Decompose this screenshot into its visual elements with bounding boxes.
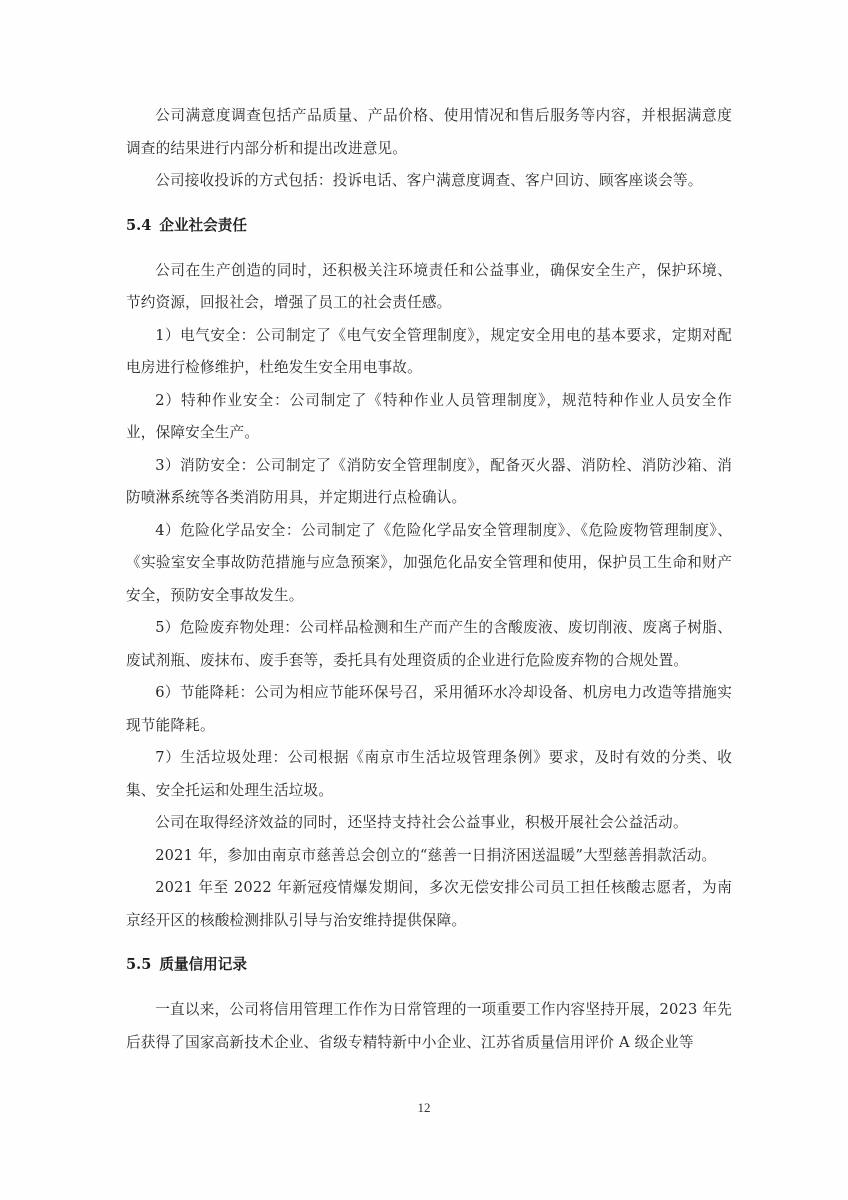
paragraph-energy-saving: 6）节能降耗：公司为相应节能环保号召，采用循环水冷却设备、机房电力改造等措施实现… [126, 677, 732, 742]
paragraph-electrical-safety: 1）电气安全：公司制定了《电气安全管理制度》，规定安全用电的基本要求，定期对配电… [126, 320, 732, 385]
paragraph-covid-volunteers: 2021 年至 2022 年新冠疫情爆发期间，多次无偿安排公司员工担任核酸志愿者… [126, 872, 732, 937]
paragraph-domestic-waste: 7）生活垃圾处理：公司根据《南京市生活垃圾管理条例》要求，及时有效的分类、收集、… [126, 742, 732, 807]
paragraph-csr-intro: 公司在生产创造的同时，还积极关注环境责任和公益事业，确保安全生产，保护环境、节约… [126, 255, 732, 320]
paragraph-charity-2021: 2021 年，参加由南京市慈善总会创立的“慈善一日捐济困送温暖”大型慈善捐款活动… [126, 840, 732, 873]
section-number: 5.5 [126, 956, 151, 973]
section-heading-5-4: 5.4企业社会责任 [126, 210, 732, 242]
page-content: 公司满意度调查包括产品质量、产品价格、使用情况和售后服务等内容，并根据满意度调查… [126, 100, 732, 1059]
paragraph-satisfaction-survey: 公司满意度调查包括产品质量、产品价格、使用情况和售后服务等内容，并根据满意度调查… [126, 100, 732, 165]
paragraph-credit-management: 一直以来，公司将信用管理工作作为日常管理的一项重要工作内容坚持开展，2023 年… [126, 994, 732, 1059]
section-number: 5.4 [126, 217, 151, 234]
section-title: 企业社会责任 [159, 217, 247, 234]
paragraph-public-welfare: 公司在取得经济效益的同时，还坚持支持社会公益事业，积极开展社会公益活动。 [126, 807, 732, 840]
paragraph-special-operations-safety: 2）特种作业安全：公司制定了《特种作业人员管理制度》，规范特种作业人员安全作业，… [126, 385, 732, 450]
section-heading-5-5: 5.5质量信用记录 [126, 949, 732, 981]
paragraph-complaint-channels: 公司接收投诉的方式包括：投诉电话、客户满意度调查、客户回访、顾客座谈会等。 [126, 165, 732, 198]
paragraph-hazardous-waste-disposal: 5）危险废弃物处理：公司样品检测和生产而产生的含酸废液、废切削液、废离子树脂、废… [126, 612, 732, 677]
page-number: 12 [0, 1100, 848, 1116]
section-title: 质量信用记录 [159, 956, 247, 973]
document-page: 公司满意度调查包括产品质量、产品价格、使用情况和售后服务等内容，并根据满意度调查… [0, 0, 848, 1200]
paragraph-hazardous-chemicals-safety: 4）危险化学品安全：公司制定了《危险化学品安全管理制度》、《危险废物管理制度》、… [126, 515, 732, 613]
paragraph-fire-safety: 3）消防安全：公司制定了《消防安全管理制度》，配备灭火器、消防栓、消防沙箱、消防… [126, 450, 732, 515]
